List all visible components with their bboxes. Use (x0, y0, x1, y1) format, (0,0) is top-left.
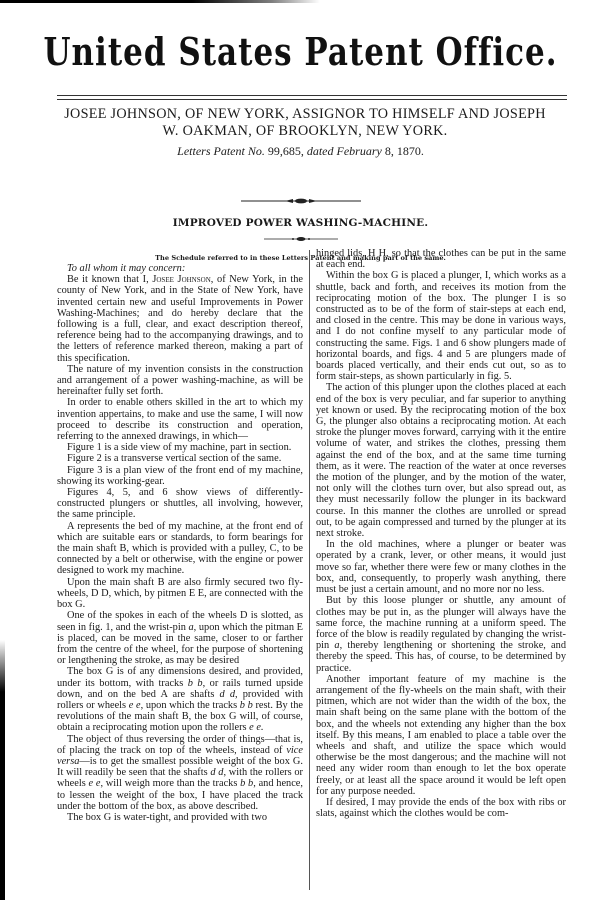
paragraph: hinged lids, H H, so that the clothes ca… (316, 248, 566, 270)
paragraph: The action of this plunger upon the clot… (316, 382, 566, 539)
paragraph: In the old machines, where a plunger or … (316, 539, 566, 595)
paragraph: A represents the bed of my machine, at t… (57, 521, 303, 577)
ornament-divider-1 (0, 197, 601, 205)
dated-label: dated February (307, 144, 382, 158)
text: Be it known that I, (67, 274, 152, 285)
paragraph: Figures 4, 5, and 6 show views of differ… (57, 487, 303, 521)
reference-letter: e e (129, 700, 141, 711)
ornament-rule-icon (241, 197, 361, 205)
masthead-double-rule (57, 95, 567, 100)
right-column: hinged lids, H H, so that the clothes ca… (316, 248, 566, 819)
patent-date: 8, 1870. (385, 144, 424, 158)
reference-letter: b b (240, 778, 253, 789)
paragraph: The nature of my invention consists in t… (57, 364, 303, 398)
paragraph: The box G is of any dimensions desired, … (57, 666, 303, 733)
reference-letter: e e (88, 778, 100, 789)
column-divider (309, 250, 310, 890)
text: , thereby lengthening or shortening the … (316, 640, 566, 673)
paragraph: Within the box G is placed a plunger, I,… (316, 270, 566, 382)
reference-letter: e e. (249, 722, 263, 733)
letters-patent-prefix: Letters Patent No. (177, 144, 265, 158)
assignor-heading: JOSEE JOHNSON, OF NEW YORK, ASSIGNOR TO … (40, 106, 570, 140)
reference-letter: b b (188, 678, 203, 689)
scan-left-edge-shadow (0, 640, 5, 900)
invention-title: IMPROVED POWER WASHING-MACHINE. (0, 217, 601, 229)
ornament-divider-2 (0, 235, 601, 243)
left-column: To all whom it may concern: Be it known … (57, 263, 303, 823)
paragraph: Be it known that I, Josee Johnson, of Ne… (57, 274, 303, 364)
patent-number: 99,685, (268, 144, 304, 158)
scan-top-edge-shadow (0, 0, 320, 3)
assignor-line-1: JOSEE JOHNSON, OF NEW YORK, ASSIGNOR TO … (40, 106, 570, 123)
salutation: To all whom it may concern: (57, 263, 303, 274)
reference-letter: d d (210, 767, 223, 778)
paragraph: If desired, I may provide the ends of th… (316, 797, 566, 819)
letters-patent-line: Letters Patent No. 99,685, dated Februar… (0, 144, 601, 159)
paragraph: Another important feature of my machine … (316, 674, 566, 797)
text: , of New York, in the county of New York… (57, 274, 303, 363)
text: The object of thus reversing the order o… (57, 734, 303, 756)
text: , will weigh more than the tracks (100, 778, 240, 789)
assignor-line-2: W. OAKMAN, OF BROOKLYN, NEW YORK. (40, 123, 570, 140)
text: , upon which the tracks (141, 700, 240, 711)
paragraph: One of the spokes in each of the wheels … (57, 610, 303, 666)
paragraph: In order to enable others skilled in the… (57, 397, 303, 442)
ornament-rule-icon (264, 235, 338, 243)
paragraph: Figure 2 is a transverse vertical sectio… (57, 453, 303, 464)
paragraph: Figure 1 is a side view of my machine, p… (57, 442, 303, 453)
inventor-name: Josee Johnson (152, 274, 210, 285)
reference-letter: d d (220, 689, 235, 700)
paragraph: The object of thus reversing the order o… (57, 734, 303, 812)
masthead-title: United States Patent Office. (0, 30, 601, 75)
paragraph: The box G is water-tight, and provided w… (57, 812, 303, 823)
paragraph: Figure 3 is a plan view of the front end… (57, 465, 303, 487)
paragraph: Upon the main shaft B are also firmly se… (57, 577, 303, 611)
reference-letter: b b (240, 700, 253, 711)
paragraph: But by this loose plunger or shuttle, an… (316, 595, 566, 673)
